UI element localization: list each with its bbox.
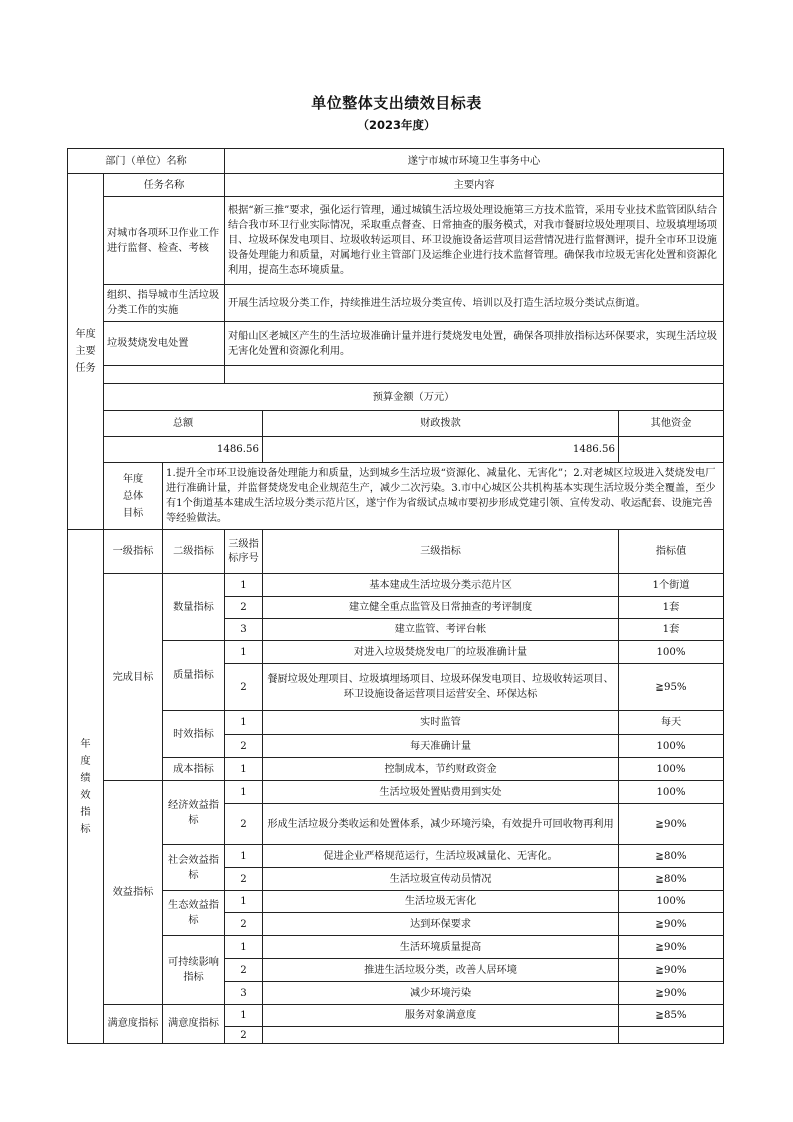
budget-fiscal-value: 1486.56 [263,437,619,463]
perf-section-label: 年 度 绩 效 指 标 [68,530,104,1044]
indicator-seq: 2 [225,664,263,711]
indicator-row: 质量指标 1 对进入垃圾焚烧发电厂的垃圾准确计量 100% [68,641,724,664]
indicator-value: ≧90% [619,936,724,959]
indicator-text: 生活垃圾无害化 [263,891,619,913]
indicator-seq: 1 [225,574,263,597]
col-level1: 一级指标 [104,530,163,574]
indicator-seq: 2 [225,804,263,845]
indicator-value: 每天 [619,711,724,735]
indicator-seq: 2 [225,1027,263,1044]
budget-header: 预算金额（万元） [104,384,724,411]
indicator-seq: 2 [225,868,263,891]
indicator-value: ≧80% [619,845,724,868]
indicator-text [263,1027,619,1044]
indicator-text: 控制成本，节约财政资金 [263,758,619,781]
task-content: 根据“新三推”要求，强化运行管理，通过城镇生活垃圾处理设施第三方技术监管，采用专… [225,197,724,285]
dept-row: 部门（单位）名称 遂宁市城市环境卫生事务中心 [68,149,724,174]
indicator-text: 生活垃圾处置贴费用到实处 [263,781,619,804]
level2-quantity: 数量指标 [163,574,225,641]
indicator-seq: 3 [225,982,263,1005]
document-subtitle: （2023年度） [0,117,793,133]
annual-tasks-label-text: 年度 主要 任务 [75,329,95,374]
indicator-value: ≧90% [619,959,724,982]
indicator-seq: 3 [225,619,263,641]
annual-goal-text: 1.提升全市环卫设施设备处理能力和质量，达到城乡生活垃圾“资源化、减量化、无害化… [163,463,724,530]
indicator-row: 满意度指标 满意度指标 1 服务对象满意度 ≧85% [68,1005,724,1027]
tasks-header-row: 年度 主要 任务 任务名称 主要内容 [68,174,724,197]
budget-col-total: 总额 [104,411,263,437]
indicator-row: 时效指标 1 实时监管 每天 [68,711,724,735]
indicator-seq: 2 [225,913,263,936]
indicator-text: 推进生活垃圾分类，改善人居环境 [263,959,619,982]
indicator-text: 形成生活垃圾分类收运和处置体系，减少环境污染，有效提升可回收物再利用 [263,804,619,845]
indicator-text: 建立健全重点监管及日常抽查的考评制度 [263,597,619,619]
indicator-row: 效益指标 经济效益指标 1 生活垃圾处置贴费用到实处 100% [68,781,724,804]
task-content: 开展生活垃圾分类工作，持续推进生活垃圾分类宣传、培训以及打造生活垃圾分类试点街道… [225,285,724,322]
indicator-value: ≧80% [619,868,724,891]
indicator-seq: 1 [225,936,263,959]
budget-other-value [619,437,724,463]
col-seq: 三级指标序号 [225,530,263,574]
indicator-text: 餐厨垃圾处理项目、垃圾填埋场项目、垃圾环保发电项目、垃圾收转运项目、环卫设施设备… [263,664,619,711]
task-row-empty [68,366,724,384]
indicator-value: ≧85% [619,1005,724,1027]
indicator-text: 促进企业严格规范运行，生活垃圾减量化、无害化。 [263,845,619,868]
budget-col-other: 其他资金 [619,411,724,437]
indicator-seq: 1 [225,641,263,664]
annual-goal-label-text: 年度 总体 目标 [123,474,143,519]
indicator-seq: 1 [225,891,263,913]
indicator-row: 生态效益指标 1 生活垃圾无害化 100% [68,891,724,913]
task-row: 垃圾焚烧发电处置 对船山区老城区产生的生活垃圾准确计量并进行焚烧发电处置，确保各… [68,322,724,366]
budget-total-value: 1486.56 [104,437,263,463]
col-level2: 二级指标 [163,530,225,574]
indicator-value: 1套 [619,597,724,619]
indicator-value [619,1027,724,1044]
perf-header-row: 年 度 绩 效 指 标 一级指标 二级指标 三级指标序号 三级指标 指标值 [68,530,724,574]
task-name: 对城市各项环卫作业工作进行监督、检查、考核 [104,197,225,285]
performance-target-table: 部门（单位）名称 遂宁市城市环境卫生事务中心 年度 主要 任务 任务名称 主要内… [67,148,724,1044]
task-row: 对城市各项环卫作业工作进行监督、检查、考核 根据“新三推”要求，强化运行管理，通… [68,197,724,285]
indicator-seq: 1 [225,711,263,735]
task-name: 组织、指导城市生活垃圾分类工作的实施 [104,285,225,322]
level1-completion: 完成目标 [104,574,163,781]
indicator-value: 100% [619,891,724,913]
task-content: 对船山区老城区产生的生活垃圾准确计量并进行焚烧发电处置，确保各项排放指标达环保要… [225,322,724,366]
indicator-text: 减少环境污染 [263,982,619,1005]
col-value: 指标值 [619,530,724,574]
dept-value: 遂宁市城市环境卫生事务中心 [225,149,724,174]
level2-satisfaction: 满意度指标 [163,1005,225,1044]
indicator-value: ≧90% [619,913,724,936]
indicator-text: 服务对象满意度 [263,1005,619,1027]
indicator-value: ≧95% [619,664,724,711]
perf-section-label-text: 年 度 绩 效 指 标 [80,739,90,835]
indicator-value: 100% [619,735,724,758]
col-level3: 三级指标 [263,530,619,574]
indicator-value: 100% [619,641,724,664]
budget-col-fiscal-visible: 财政拨款 [263,411,619,437]
indicator-text: 实时监管 [263,711,619,735]
indicator-seq: 1 [225,845,263,868]
budget-header-row: 预算金额（万元） [68,384,724,411]
annual-goal-label: 年度 总体 目标 [104,463,163,530]
indicator-row: 成本指标 1 控制成本，节约财政资金 100% [68,758,724,781]
indicator-value: 1个街道 [619,574,724,597]
task-name: 垃圾焚烧发电处置 [104,322,225,366]
indicator-row: 完成目标 数量指标 1 基本建成生活垃圾分类示范片区 1个街道 [68,574,724,597]
level1-benefit: 效益指标 [104,781,163,1005]
indicator-text: 每天准确计量 [263,735,619,758]
indicator-seq: 1 [225,1005,263,1027]
budget-values-row: 1486.56 1486.56 [68,437,724,463]
task-name [104,366,225,384]
indicator-text: 达到环保要求 [263,913,619,936]
document-title: 单位整体支出绩效目标表 [0,92,793,113]
indicator-value: ≧90% [619,804,724,845]
level2-sustainable: 可持续影响指标 [163,936,225,1005]
budget-cols-row: 总额 财政拨款 财政拨款 其他资金 [68,411,724,437]
level2-economic: 经济效益指标 [163,781,225,845]
indicator-seq: 2 [225,959,263,982]
indicator-text: 对进入垃圾焚烧发电厂的垃圾准确计量 [263,641,619,664]
indicator-text: 基本建成生活垃圾分类示范片区 [263,574,619,597]
indicator-seq: 1 [225,758,263,781]
indicator-text: 建立监管、考评台帐 [263,619,619,641]
level2-quality: 质量指标 [163,641,225,711]
task-content [225,366,724,384]
indicator-text: 生活垃圾宣传动员情况 [263,868,619,891]
annual-goal-row: 年度 总体 目标 1.提升全市环卫设施设备处理能力和质量，达到城乡生活垃圾“资源… [68,463,724,530]
col-task-name: 任务名称 [104,174,225,197]
indicator-value: 100% [619,758,724,781]
task-row: 组织、指导城市生活垃圾分类工作的实施 开展生活垃圾分类工作，持续推进生活垃圾分类… [68,285,724,322]
indicator-value: ≧90% [619,982,724,1005]
indicator-seq: 2 [225,597,263,619]
dept-label: 部门（单位）名称 [68,149,225,174]
level1-satisfaction: 满意度指标 [104,1005,163,1044]
level2-ecological: 生态效益指标 [163,891,225,936]
indicator-seq: 1 [225,781,263,804]
level2-cost: 成本指标 [163,758,225,781]
col-content: 主要内容 [225,174,724,197]
indicator-value: 1套 [619,619,724,641]
indicator-text: 生活环境质量提高 [263,936,619,959]
annual-tasks-label: 年度 主要 任务 [68,174,104,530]
indicator-row: 可持续影响指标 1 生活环境质量提高 ≧90% [68,936,724,959]
indicator-row: 社会效益指标 1 促进企业严格规范运行，生活垃圾减量化、无害化。 ≧80% [68,845,724,868]
indicator-seq: 2 [225,735,263,758]
level2-timeliness: 时效指标 [163,711,225,758]
indicator-value: 100% [619,781,724,804]
level2-social: 社会效益指标 [163,845,225,891]
